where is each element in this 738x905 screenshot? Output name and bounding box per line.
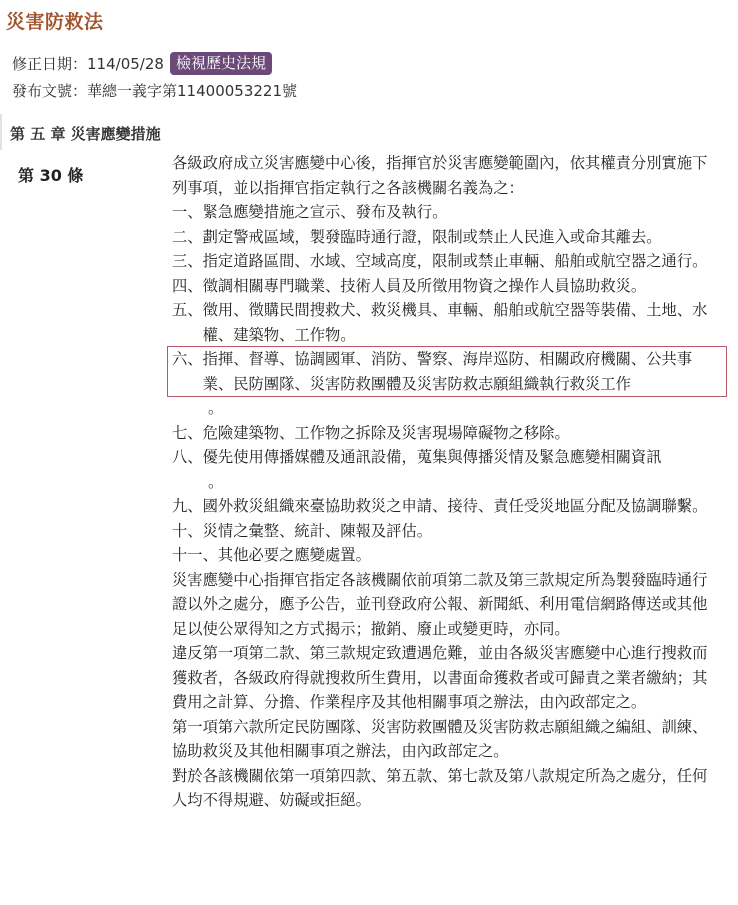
article-paragraph-4: 第一項第六款所定民防團隊、災害防救團體及災害防救志願組織之編組、訓練、協助救災及… <box>172 715 712 764</box>
article-paragraph-5: 對於各該機關依第一項第四款、第五款、第七款及第八款規定所為之處分，任何人均不得規… <box>172 764 712 813</box>
item-text: 緊急應變措施之宣示、發布及執行。 <box>203 200 712 225</box>
article-item-3: 三、 指定道路區間、水域、空域高度，限制或禁止車輛、船舶或航空器之通行。 <box>172 249 712 274</box>
item-number: 四、 <box>172 274 203 299</box>
doc-number-row: 發布文號： 華總一義字第11400053221號 <box>12 80 297 101</box>
article-item-4: 四、 徵調相關專門職業、技術人員及所徵用物資之操作人員協助救災。 <box>172 274 712 299</box>
view-history-button[interactable]: 檢視歷史法規 <box>170 52 272 75</box>
article-item-6-highlighted: 六、 指揮、督導、協調國軍、消防、警察、海岸巡防、相關政府機關、公共事業、民防團… <box>168 347 726 396</box>
item-number: 二、 <box>172 225 203 250</box>
item-6-tail: 。 <box>172 396 712 421</box>
amend-date-value: 114/05/28 <box>87 55 164 73</box>
item-number: 七、 <box>172 421 203 446</box>
item-8-tail: 。 <box>172 470 712 495</box>
item-text: 劃定警戒區域，製發臨時通行證，限制或禁止人民進入或命其離去。 <box>203 225 712 250</box>
item-number: 一、 <box>172 200 203 225</box>
article-paragraph-3: 違反第一項第二款、第三款規定致遭遇危難，並由各級災害應變中心進行搜救而獲救者，各… <box>172 641 712 715</box>
item-number: 八、 <box>172 445 203 470</box>
item-text: 徵用、徵購民間搜救犬、救災機具、車輛、船舶或航空器等裝備、土地、水權、建築物、工… <box>203 298 712 347</box>
item-text: 災情之彙整、統計、陳報及評估。 <box>203 519 712 544</box>
law-title: 災害防救法 <box>6 7 104 34</box>
item-text: 徵調相關專門職業、技術人員及所徵用物資之操作人員協助救災。 <box>203 274 712 299</box>
item-number: 十一、 <box>172 543 218 568</box>
amend-date-row: 修正日期： 114/05/28 檢視歷史法規 <box>12 52 272 75</box>
item-text: 指定道路區間、水域、空域高度，限制或禁止車輛、船舶或航空器之通行。 <box>203 249 712 274</box>
item-text: 指揮、督導、協調國軍、消防、警察、海岸巡防、相關政府機關、公共事業、民防團隊、災… <box>203 347 712 396</box>
article-item-1: 一、 緊急應變措施之宣示、發布及執行。 <box>172 200 712 225</box>
item-text: 優先使用傳播媒體及通訊設備，蒐集與傳播災情及緊急應變相關資訊 <box>203 445 712 470</box>
chapter-title: 第 五 章 災害應變措施 <box>10 123 161 144</box>
article-paragraph-2: 災害應變中心指揮官指定各該機關依前項第二款及第三款規定所為製發臨時通行證以外之處… <box>172 568 712 642</box>
item-number: 十、 <box>172 519 203 544</box>
item-text: 其他必要之應變處置。 <box>218 543 712 568</box>
article-intro: 各級政府成立災害應變中心後，指揮官於災害應變範圍內，依其權責分別實施下列事項，並… <box>172 151 712 200</box>
item-text: 危險建築物、工作物之拆除及災害現場障礙物之移除。 <box>203 421 712 446</box>
article-item-5: 五、 徵用、徵購民間搜救犬、救災機具、車輛、船舶或航空器等裝備、土地、水權、建築… <box>172 298 712 347</box>
doc-number-label: 發布文號： <box>12 80 87 101</box>
doc-number-value: 華總一義字第11400053221號 <box>87 80 297 101</box>
article-number[interactable]: 第 30 條 <box>18 163 83 186</box>
article-item-2: 二、 劃定警戒區域，製發臨時通行證，限制或禁止人民進入或命其離去。 <box>172 225 712 250</box>
chapter-header: 第 五 章 災害應變措施 <box>0 114 738 150</box>
item-number: 三、 <box>172 249 203 274</box>
article-item-7: 七、 危險建築物、工作物之拆除及災害現場障礙物之移除。 <box>172 421 712 446</box>
item-number: 九、 <box>172 494 203 519</box>
article-content: 各級政府成立災害應變中心後，指揮官於災害應變範圍內，依其權責分別實施下列事項，並… <box>172 151 712 813</box>
item-number: 五、 <box>172 298 203 347</box>
amend-date-label: 修正日期： <box>12 53 87 74</box>
article-item-9: 九、 國外救災組織來臺協助救災之申請、接待、責任受災地區分配及協調聯繫。 <box>172 494 712 519</box>
article-item-11: 十一、 其他必要之應變處置。 <box>172 543 712 568</box>
article-item-8: 八、 優先使用傳播媒體及通訊設備，蒐集與傳播災情及緊急應變相關資訊 <box>172 445 712 470</box>
article-item-10: 十、 災情之彙整、統計、陳報及評估。 <box>172 519 712 544</box>
item-text: 國外救災組織來臺協助救災之申請、接待、責任受災地區分配及協調聯繫。 <box>203 494 712 519</box>
item-number: 六、 <box>172 347 203 396</box>
